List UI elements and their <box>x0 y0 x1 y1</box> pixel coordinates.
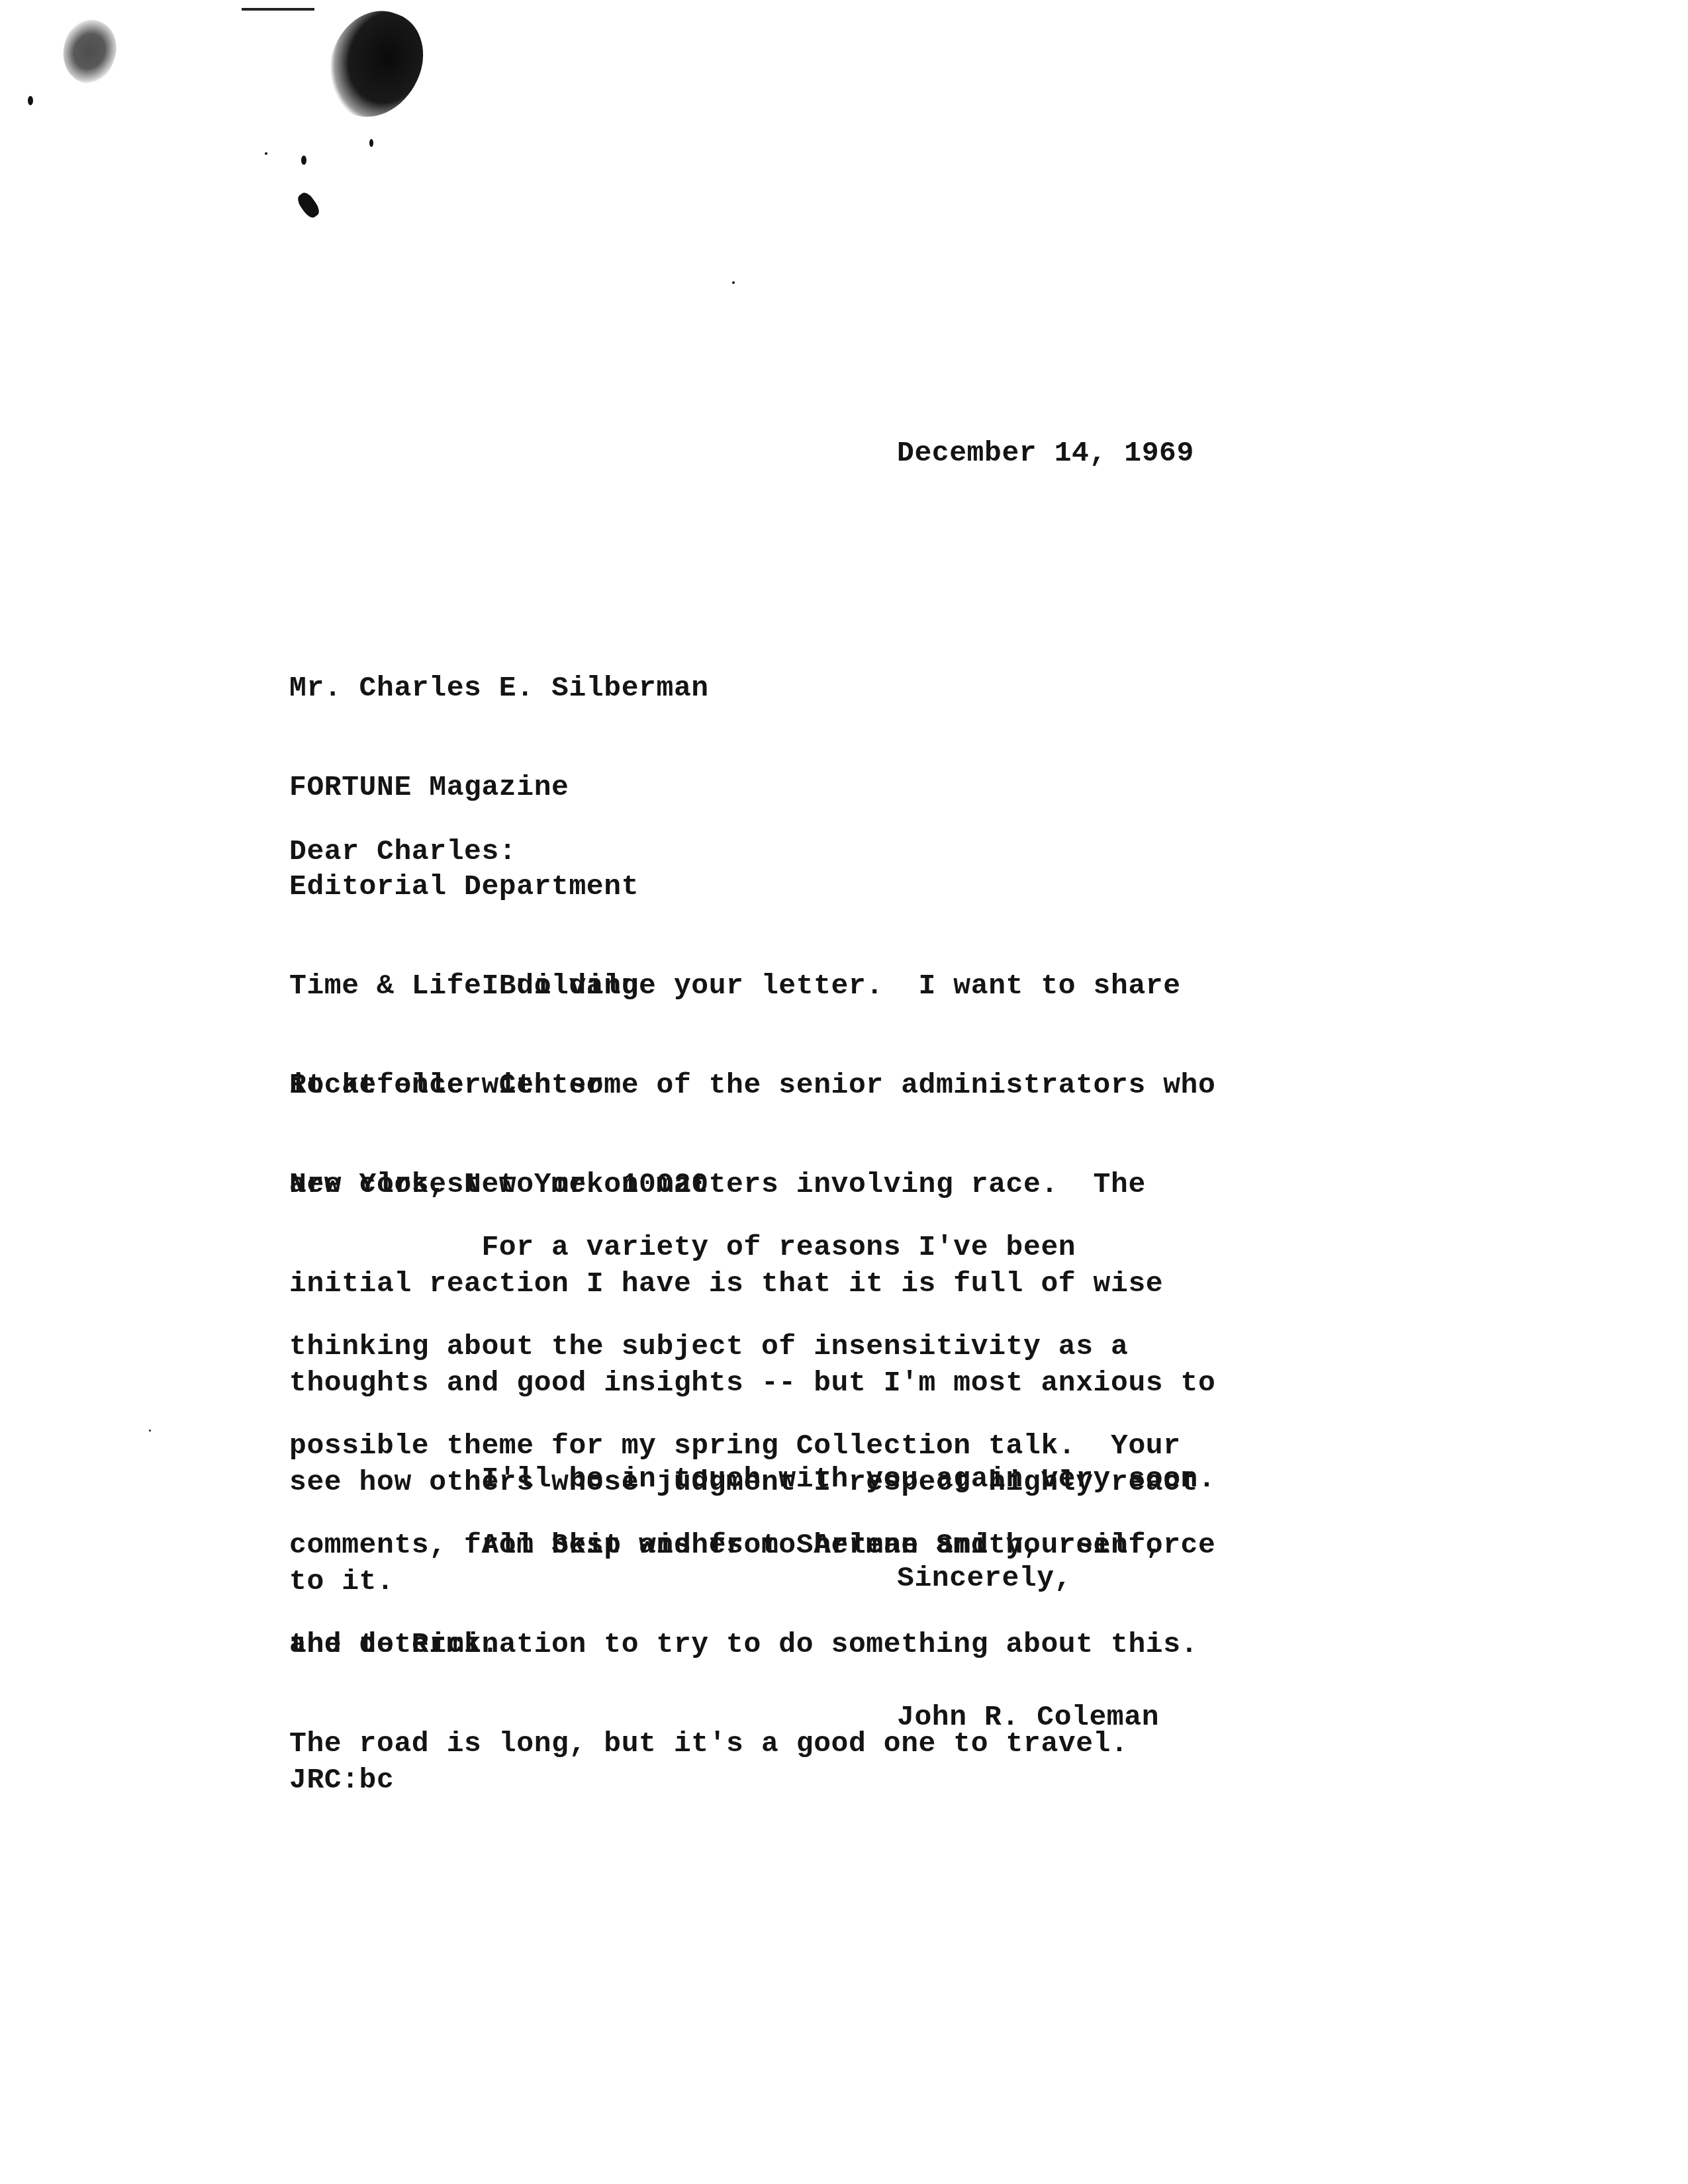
scan-speck <box>28 96 33 105</box>
letter-date: December 14, 1969 <box>897 437 1194 470</box>
paragraph-line: All best wishes to Arlene and yourself, <box>289 1529 1163 1562</box>
ink-blot-right <box>315 0 436 131</box>
paragraph-line: thinking about the subject of insensitiv… <box>289 1330 1215 1363</box>
body-paragraph-4: All best wishes to Arlene and yourself, … <box>289 1463 1163 1727</box>
scan-speck <box>732 281 735 284</box>
paragraph-line: I do value your letter. I want to share <box>289 970 1215 1003</box>
scan-speck <box>301 156 306 165</box>
salutation: Dear Charles: <box>289 835 516 868</box>
reference-initials: JRC:bc <box>289 1764 394 1797</box>
ink-blot-left <box>52 12 127 91</box>
paragraph-line: it at once with some of the senior admin… <box>289 1069 1215 1102</box>
paragraph-line: and to Rick. <box>289 1628 1163 1661</box>
paragraph-line: For a variety of reasons I've been <box>289 1231 1215 1264</box>
signature-name: John R. Coleman <box>897 1701 1159 1734</box>
scan-speck <box>265 152 267 155</box>
scan-speck <box>295 190 322 220</box>
letter-page: December 14, 1969 Mr. Charles E. Silberm… <box>0 0 1688 2184</box>
scan-speck <box>149 1430 151 1432</box>
scan-artifact-line <box>242 8 314 11</box>
recipient-department: Editorial Department <box>289 870 709 903</box>
complimentary-closing: Sincerely, <box>897 1562 1072 1595</box>
recipient-organization: FORTUNE Magazine <box>289 771 709 804</box>
recipient-name: Mr. Charles E. Silberman <box>289 672 709 705</box>
scan-speck <box>369 139 373 147</box>
